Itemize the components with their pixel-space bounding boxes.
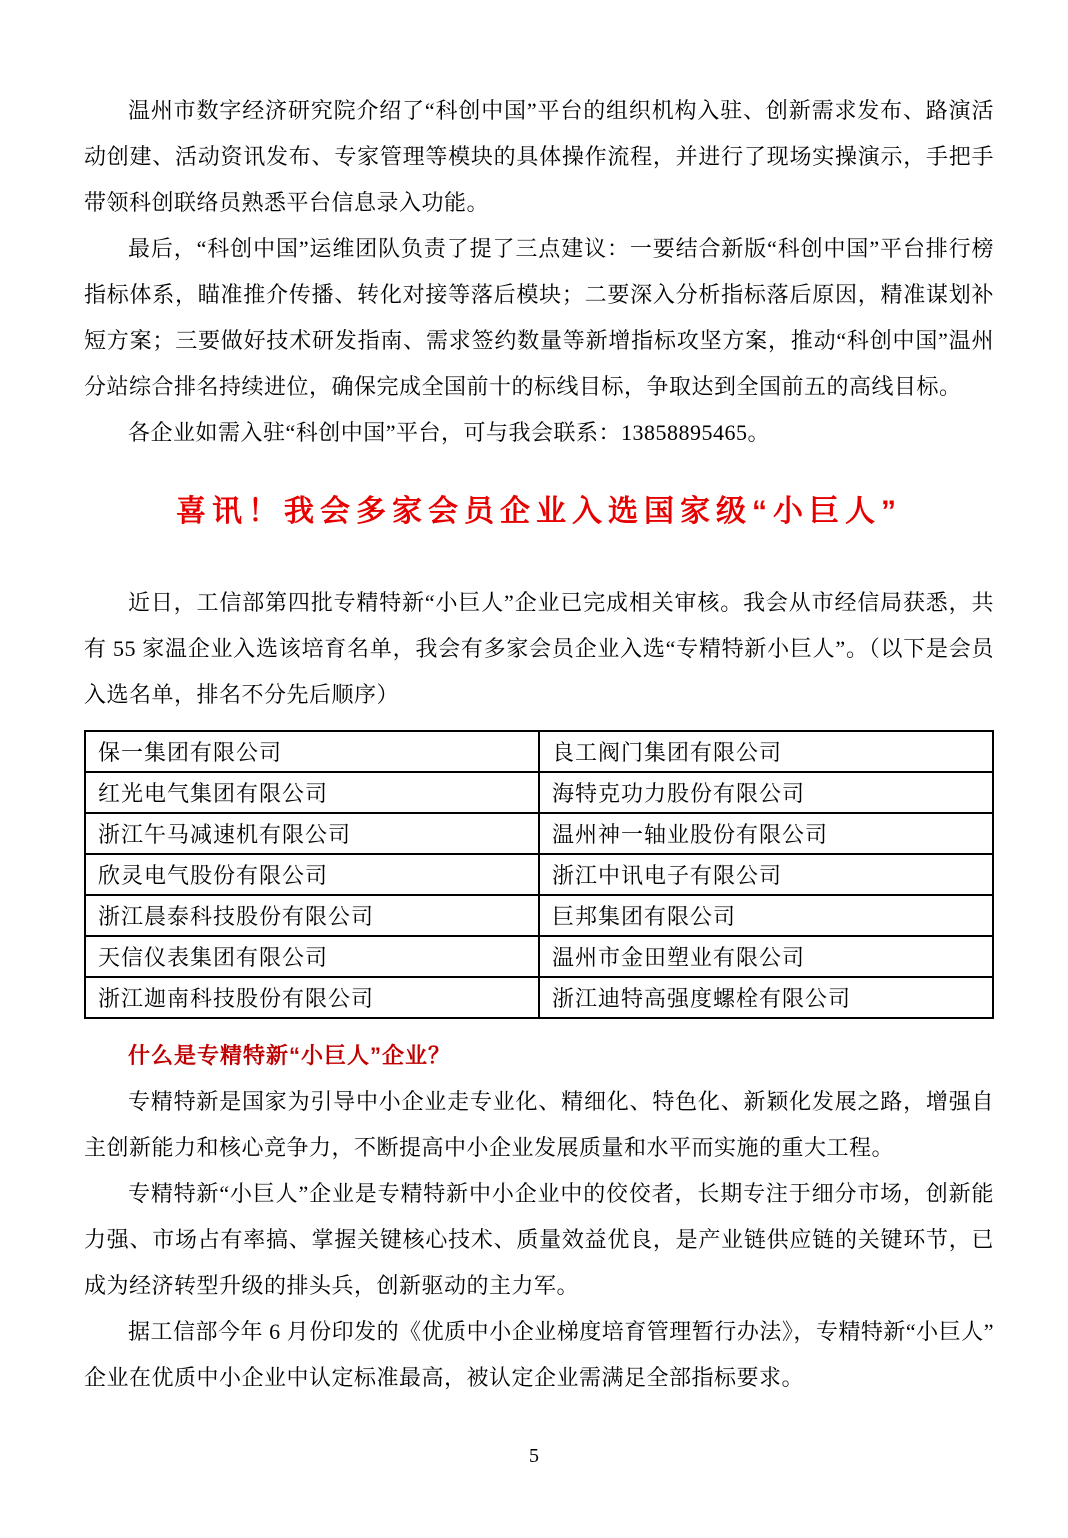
paragraph-announcement-intro: 近日，工信部第四批专精特新“小巨人”企业已完成相关审核。我会从市经信局获悉，共有…: [84, 580, 994, 718]
paragraph-definition: 专精特新是国家为引导中小企业走专业化、精细化、特色化、新颖化发展之路，增强自主创…: [84, 1079, 994, 1171]
page-content: 温州市数字经济研究院介绍了“科创中国”平台的组织机构入驻、创新需求发布、路演活动…: [84, 88, 994, 1401]
paragraph-suggestions: 最后，“科创中国”运维团队负责了提了三点建议：一要结合新版“科创中国”平台排行榜…: [84, 226, 994, 410]
company-cell: 红光电气集团有限公司: [85, 772, 539, 813]
question-heading: 什么是专精特新“小巨人”企业？: [84, 1033, 994, 1079]
member-companies-table: 保一集团有限公司 良工阀门集团有限公司 红光电气集团有限公司 海特克功力股份有限…: [84, 730, 994, 1019]
table-row: 欣灵电气股份有限公司 浙江中讯电子有限公司: [85, 854, 993, 895]
paragraph-description: 专精特新“小巨人”企业是专精特新中小企业中的佼佼者，长期专注于细分市场，创新能力…: [84, 1171, 994, 1309]
company-cell: 浙江晨泰科技股份有限公司: [85, 895, 539, 936]
company-cell: 欣灵电气股份有限公司: [85, 854, 539, 895]
company-cell: 保一集团有限公司: [85, 731, 539, 772]
table-row: 浙江晨泰科技股份有限公司 巨邦集团有限公司: [85, 895, 993, 936]
company-cell: 海特克功力股份有限公司: [539, 772, 993, 813]
company-cell: 温州市金田塑业有限公司: [539, 936, 993, 977]
company-cell: 浙江迦南科技股份有限公司: [85, 977, 539, 1018]
company-cell: 浙江午马减速机有限公司: [85, 813, 539, 854]
document-page: 温州市数字经济研究院介绍了“科创中国”平台的组织机构入驻、创新需求发布、路演活动…: [0, 0, 1068, 1538]
table-row: 红光电气集团有限公司 海特克功力股份有限公司: [85, 772, 993, 813]
table-row: 浙江迦南科技股份有限公司 浙江迪特高强度螺栓有限公司: [85, 977, 993, 1018]
table-row: 天信仪表集团有限公司 温州市金田塑业有限公司: [85, 936, 993, 977]
company-cell: 浙江迪特高强度螺栓有限公司: [539, 977, 993, 1018]
page-number: 5: [0, 1445, 1068, 1468]
paragraph-platform-intro: 温州市数字经济研究院介绍了“科创中国”平台的组织机构入驻、创新需求发布、路演活动…: [84, 88, 994, 226]
article-title: 喜讯！我会多家会员企业入选国家级“小巨人”: [84, 490, 994, 534]
table-row: 浙江午马减速机有限公司 温州神一轴业股份有限公司: [85, 813, 993, 854]
paragraph-contact: 各企业如需入驻“科创中国”平台，可与我会联系：13858895465。: [84, 410, 994, 456]
table-row: 保一集团有限公司 良工阀门集团有限公司: [85, 731, 993, 772]
company-cell: 良工阀门集团有限公司: [539, 731, 993, 772]
company-cell: 天信仪表集团有限公司: [85, 936, 539, 977]
paragraph-policy: 据工信部今年 6 月份印发的《优质中小企业梯度培育管理暂行办法》，专精特新“小巨…: [84, 1309, 994, 1401]
company-cell: 温州神一轴业股份有限公司: [539, 813, 993, 854]
company-cell: 浙江中讯电子有限公司: [539, 854, 993, 895]
company-cell: 巨邦集团有限公司: [539, 895, 993, 936]
